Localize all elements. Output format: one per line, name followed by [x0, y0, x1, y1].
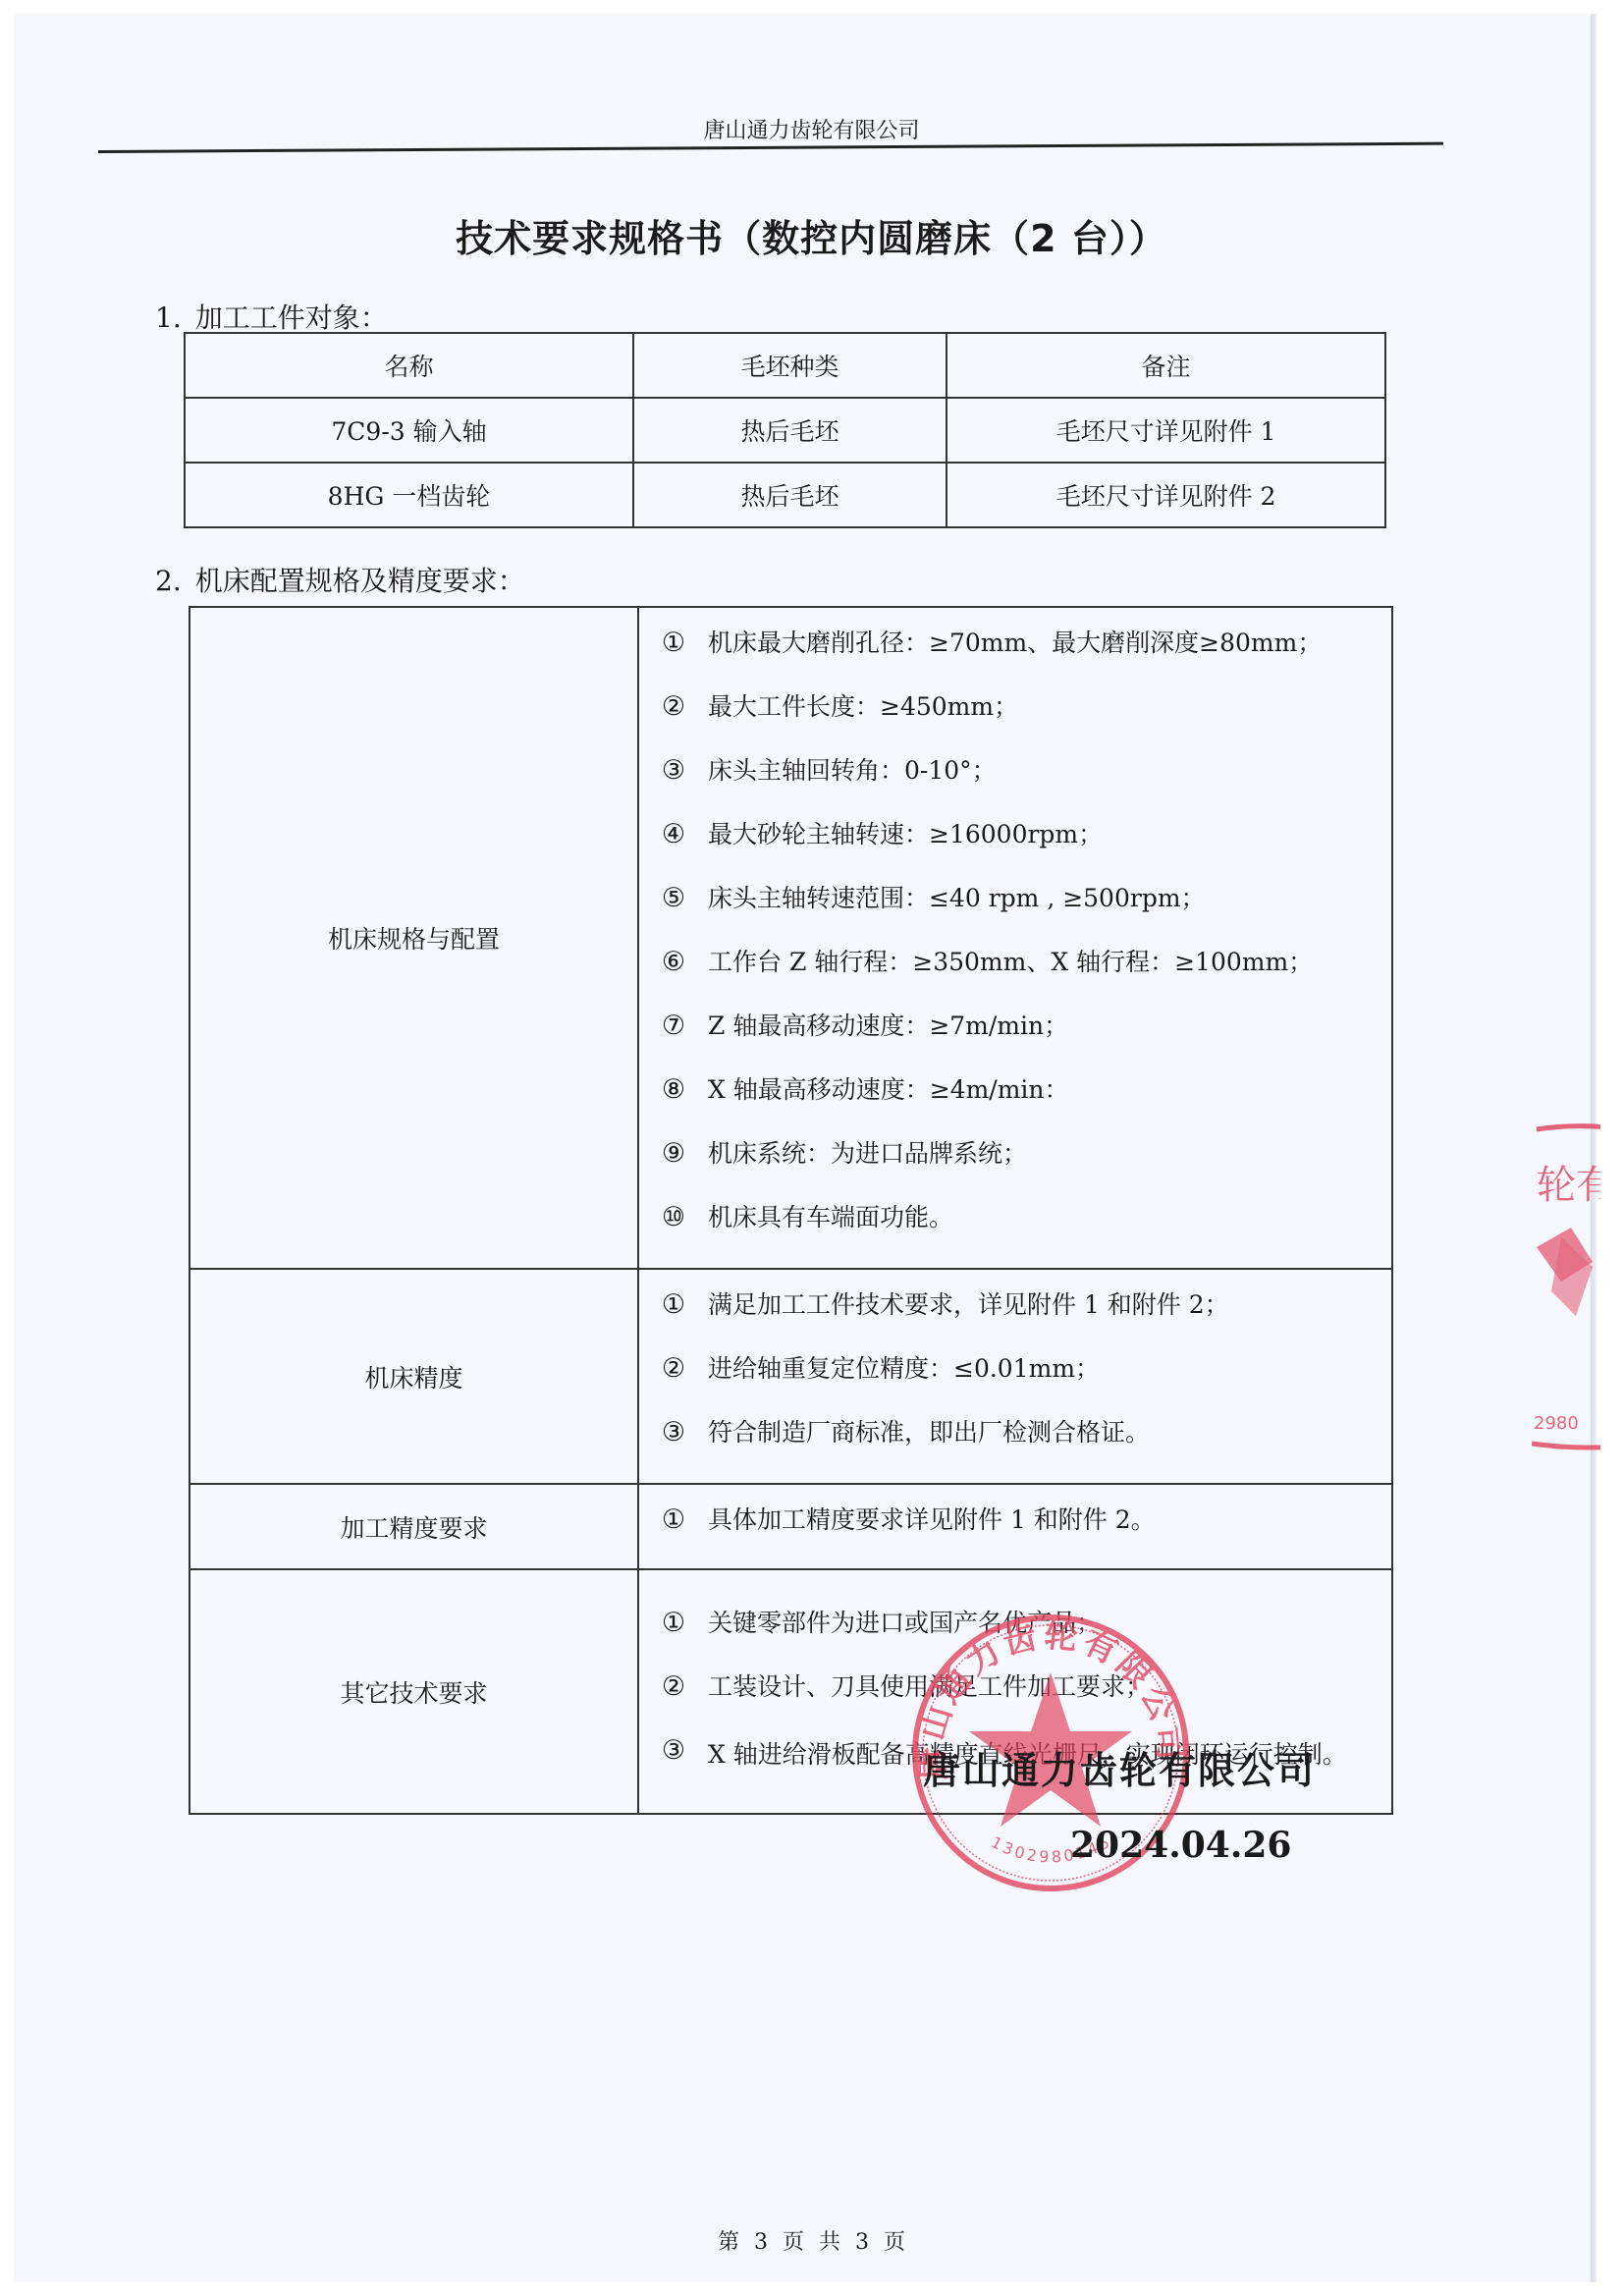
- signature-date: 2024.04.26: [1070, 1825, 1291, 1866]
- item-text: X 轴最高移动速度：≥4m/min：: [708, 1065, 1391, 1116]
- item-marker: ②: [639, 682, 708, 733]
- item-marker: ①: [639, 1495, 708, 1546]
- list-item: ②进给轴重复定位精度：≤0.01mm；: [639, 1343, 1391, 1407]
- group-label-spec-config: 机床规格与配置: [189, 607, 638, 1269]
- item-marker: ①: [639, 618, 708, 669]
- group-items-machine-accuracy: ①满足加工工件技术要求，详见附件 1 和附件 2； ②进给轴重复定位精度：≤0.…: [638, 1269, 1392, 1484]
- item-marker: ⑦: [639, 1001, 708, 1052]
- item-marker: ⑥: [639, 937, 708, 988]
- list-item: ①机床最大磨削孔径：≥70mm、最大磨削深度≥80mm；: [639, 618, 1391, 682]
- svg-text:2980: 2980: [1534, 1413, 1579, 1434]
- item-text: 符合制造厂商标准，即出厂检测合格证。: [708, 1407, 1391, 1458]
- list-item: ③床头主轴回转角：0-10°；: [639, 745, 1391, 809]
- section-1-heading: 1.加工工件对象：: [155, 297, 388, 336]
- cell-name: 8HG 一档齿轮: [185, 463, 633, 527]
- item-marker: ③: [639, 1725, 708, 1777]
- list-item: ⑩机床具有车端面功能。: [639, 1192, 1391, 1256]
- list-item: ⑥工作台 Z 轴行程：≥350mm、X 轴行程：≥100mm；: [639, 937, 1391, 1001]
- item-text: 进给轴重复定位精度：≤0.01mm；: [708, 1343, 1391, 1394]
- cell-remarks: 毛坯尺寸详见附件 1: [947, 398, 1385, 463]
- document-title: 技术要求规格书（数控内圆磨床（2 台））: [0, 208, 1623, 262]
- item-text: 工作台 Z 轴行程：≥350mm、X 轴行程：≥100mm；: [708, 937, 1391, 988]
- workpiece-table: 名称 毛坯种类 备注 7C9-3 输入轴 热后毛坯 毛坯尺寸详见附件 1 8HG…: [184, 332, 1386, 528]
- header-company-name: 唐山通力齿轮有限公司: [0, 114, 1623, 144]
- item-marker: ⑨: [639, 1128, 708, 1179]
- item-text: 最大工件长度：≥450mm；: [708, 682, 1391, 733]
- section-1-title: 加工工件对象：: [195, 301, 388, 334]
- item-marker: ①: [639, 1280, 708, 1331]
- item-marker: ②: [639, 1662, 708, 1713]
- column-header-name: 名称: [185, 333, 633, 398]
- table-row: 7C9-3 输入轴 热后毛坯 毛坯尺寸详见附件 1: [185, 398, 1385, 463]
- spec-group-row: 机床精度 ①满足加工工件技术要求，详见附件 1 和附件 2； ②进给轴重复定位精…: [189, 1269, 1392, 1484]
- item-marker: ③: [639, 1407, 708, 1458]
- group-label-machining-accuracy: 加工精度要求: [189, 1484, 638, 1569]
- item-marker: ②: [639, 1343, 708, 1394]
- list-item: ④最大砂轮主轴转速：≥16000rpm；: [639, 809, 1391, 873]
- section-1-number: 1.: [155, 301, 182, 334]
- item-text: 床头主轴转速范围：≤40 rpm , ≥500rpm；: [708, 873, 1391, 924]
- list-item: ⑨机床系统：为进口品牌系统；: [639, 1128, 1391, 1192]
- svg-text:轮有: 轮有: [1537, 1163, 1600, 1208]
- item-text: 满足加工工件技术要求，详见附件 1 和附件 2；: [708, 1280, 1391, 1331]
- spec-group-row: 加工精度要求 ①具体加工精度要求详见附件 1 和附件 2。: [189, 1484, 1392, 1569]
- list-item: ①具体加工精度要求详见附件 1 和附件 2。: [639, 1495, 1391, 1558]
- cell-blank-type: 热后毛坯: [633, 398, 947, 463]
- cell-remarks: 毛坯尺寸详见附件 2: [947, 463, 1385, 527]
- item-text: 机床具有车端面功能。: [708, 1192, 1391, 1243]
- page-number: 第 3 页 共 3 页: [0, 2225, 1623, 2256]
- item-text: 最大砂轮主轴转速：≥16000rpm；: [708, 809, 1391, 860]
- column-header-blank-type: 毛坯种类: [633, 333, 947, 398]
- list-item: ②工装设计、刀具使用满足工件加工要求；: [639, 1662, 1391, 1725]
- item-text: 床头主轴回转角：0-10°；: [708, 745, 1391, 796]
- item-marker: ③: [639, 745, 708, 796]
- group-label-machine-accuracy: 机床精度: [189, 1269, 638, 1484]
- item-text: 具体加工精度要求详见附件 1 和附件 2。: [708, 1495, 1391, 1546]
- table-header-row: 名称 毛坯种类 备注: [185, 333, 1385, 398]
- cell-name: 7C9-3 输入轴: [185, 398, 633, 463]
- item-text: Z 轴最高移动速度：≥7m/min；: [708, 1001, 1391, 1052]
- cell-blank-type: 热后毛坯: [633, 463, 947, 527]
- partial-seal-icon: 轮有 2980: [1532, 1120, 1600, 1453]
- column-header-remarks: 备注: [947, 333, 1385, 398]
- item-text: 工装设计、刀具使用满足工件加工要求；: [708, 1662, 1391, 1713]
- signature-company-name: 唐山通力齿轮有限公司: [923, 1740, 1316, 1794]
- section-2-title: 机床配置规格及精度要求：: [195, 565, 525, 597]
- group-items-spec-config: ①机床最大磨削孔径：≥70mm、最大磨削深度≥80mm； ②最大工件长度：≥45…: [638, 607, 1392, 1269]
- item-marker: ①: [639, 1598, 708, 1649]
- section-2-heading: 2.机床配置规格及精度要求：: [155, 560, 525, 599]
- list-item: ③符合制造厂商标准，即出厂检测合格证。: [639, 1407, 1391, 1471]
- item-marker: ⑤: [639, 873, 708, 924]
- machine-spec-table: 机床规格与配置 ①机床最大磨削孔径：≥70mm、最大磨削深度≥80mm； ②最大…: [189, 606, 1393, 1815]
- table-row: 8HG 一档齿轮 热后毛坯 毛坯尺寸详见附件 2: [185, 463, 1385, 527]
- list-item: ②最大工件长度：≥450mm；: [639, 682, 1391, 745]
- item-text: 关键零部件为进口或国产名优产品；: [708, 1598, 1391, 1649]
- spec-group-row: 机床规格与配置 ①机床最大磨削孔径：≥70mm、最大磨削深度≥80mm； ②最大…: [189, 607, 1392, 1269]
- list-item: ⑧X 轴最高移动速度：≥4m/min：: [639, 1065, 1391, 1128]
- list-item: ⑦Z 轴最高移动速度：≥7m/min；: [639, 1001, 1391, 1065]
- list-item: ①关键零部件为进口或国产名优产品；: [639, 1598, 1391, 1662]
- group-label-other-requirements: 其它技术要求: [189, 1569, 638, 1814]
- item-marker: ⑩: [639, 1192, 708, 1243]
- item-marker: ④: [639, 809, 708, 860]
- list-item: ①满足加工工件技术要求，详见附件 1 和附件 2；: [639, 1280, 1391, 1343]
- item-marker: ⑧: [639, 1065, 708, 1116]
- section-2-number: 2.: [155, 565, 182, 597]
- group-items-machining-accuracy: ①具体加工精度要求详见附件 1 和附件 2。: [638, 1484, 1392, 1569]
- item-text: 机床系统：为进口品牌系统；: [708, 1128, 1391, 1179]
- item-text: 机床最大磨削孔径：≥70mm、最大磨削深度≥80mm；: [708, 618, 1391, 669]
- list-item: ⑤床头主轴转速范围：≤40 rpm , ≥500rpm；: [639, 873, 1391, 937]
